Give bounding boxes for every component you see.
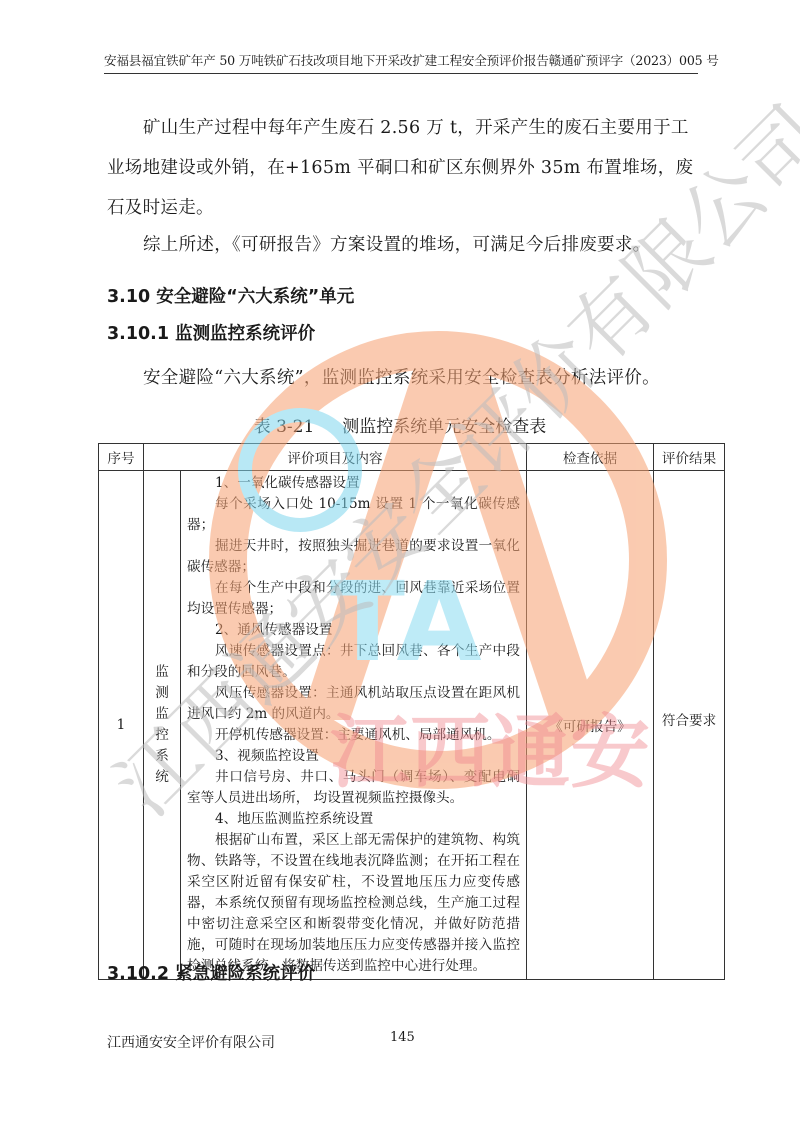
table-header-row: 序号 评价项目及内容 检查依据 评价结果 <box>99 444 725 471</box>
category-char: 控 <box>144 725 180 746</box>
report-title: 安福县福宜铁矿年产 50 万吨铁矿石技改项目地下开采改扩建工程安全预评价报告 <box>104 50 549 69</box>
safety-checklist-table: 序号 评价项目及内容 检查依据 评价结果 1 监 测 监 控 系 统 1、一氧化… <box>98 443 725 980</box>
cell-result: 符合要求 <box>654 471 725 980</box>
section-heading: 3.10 安全避险“六大系统”单元 <box>107 283 354 308</box>
content-line: 掘进天井时，按照独头掘进巷道的要求设置一氧化碳传感器； <box>187 536 520 578</box>
report-number: 赣通矿预评字（2023）005 号 <box>549 50 719 69</box>
content-line: 风速传感器设置点：井下总回风巷、各个生产中段和分段的回风巷。 <box>187 641 520 683</box>
category-char: 监 <box>144 662 180 683</box>
content-line: 1、一氧化碳传感器设置 <box>187 473 520 494</box>
cell-basis: 《可研报告》 <box>527 471 654 980</box>
header-content: 评价项目及内容 <box>144 444 527 471</box>
category-char: 系 <box>144 746 180 767</box>
cell-seq: 1 <box>99 471 144 980</box>
content-line: 风压传感器设置：主通风机站取压点设置在距风机进风口约 2m 的风道内。 <box>187 683 520 725</box>
content-line: 井口信号房、井口、马头门（调车场）、变配电硐室等人员进出场所， 均设置视频监控摄… <box>187 767 520 809</box>
cell-category: 监 测 监 控 系 统 <box>144 471 181 980</box>
content-line: 在每个生产中段和分段的进、回风巷靠近采场位置均设置传感器； <box>187 578 520 620</box>
table-caption: 表 3-21测监控系统单元安全检查表 <box>0 412 800 437</box>
category-char: 测 <box>144 683 180 704</box>
footer-company: 江西通安安全评价有限公司 <box>107 1032 275 1052</box>
content-line: 2、通风传感器设置 <box>187 620 520 641</box>
table-caption-number: 表 3-21 <box>254 417 315 437</box>
paragraph-conclusion: 综上所述，《可研报告》方案设置的堆场，可满足今后排废要求。 <box>107 225 697 265</box>
next-subsection-heading: 3.10.2 紧急避险系统评价 <box>107 960 315 985</box>
intro-paragraph: 安全避险“六大系统”，监测监控系统采用安全检查表分析法评价。 <box>107 358 697 398</box>
header-basis: 检查依据 <box>527 444 654 471</box>
category-char: 监 <box>144 704 180 725</box>
page-number: 145 <box>390 1030 415 1045</box>
header-seq: 序号 <box>99 444 144 471</box>
content-line: 每个采场入口处 10-15m 设置 1 个一氧化碳传感器； <box>187 494 520 536</box>
table-caption-title: 测监控系统单元安全检查表 <box>342 417 546 437</box>
cell-content: 1、一氧化碳传感器设置 每个采场入口处 10-15m 设置 1 个一氧化碳传感器… <box>181 471 527 980</box>
paragraph-waste-rock: 矿山生产过程中每年产生废石 2.56 万 t，开采产生的废石主要用于工业场地建设… <box>107 108 697 228</box>
content-line: 开停机传感器设置：主要通风机、局部通风机。 <box>187 725 520 746</box>
header-result: 评价结果 <box>654 444 725 471</box>
table-row: 1 监 测 监 控 系 统 1、一氧化碳传感器设置 每个采场入口处 10-15m… <box>99 471 725 980</box>
page-header: 安福县福宜铁矿年产 50 万吨铁矿石技改项目地下开采改扩建工程安全预评价报告 赣… <box>104 50 698 74</box>
content-line: 根据矿山布置，采区上部无需保护的建筑物、构筑物、铁路等，不设置在线地表沉降监测；… <box>187 830 520 977</box>
content-line: 3、视频监控设置 <box>187 746 520 767</box>
subsection-heading: 3.10.1 监测监控系统评价 <box>107 320 315 345</box>
content-line: 4、地压监测监控系统设置 <box>187 809 520 830</box>
category-char: 统 <box>144 767 180 788</box>
